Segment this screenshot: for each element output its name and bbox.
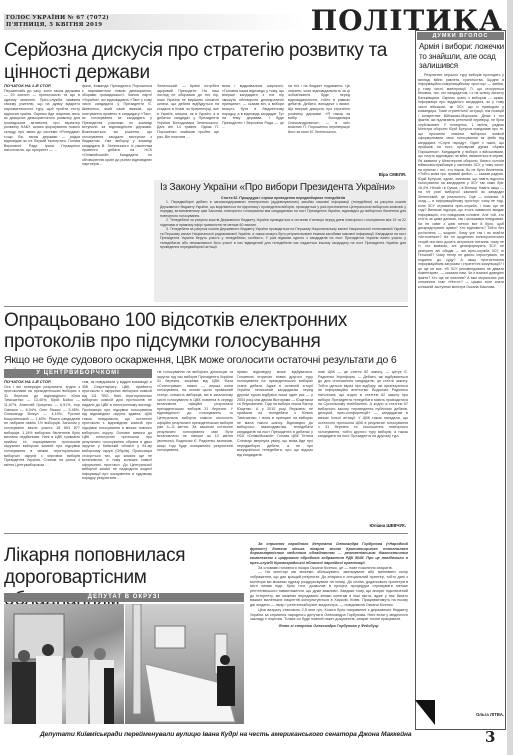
article2-text-2: там, як повідомили у відділі взаємодії з… <box>82 380 152 481</box>
footer-news-line: Депутати Київміськради перейменували вул… <box>40 731 411 738</box>
article2-signature: Юліана ШЕВЧУК. <box>320 523 406 528</box>
article3-lead: За сприяння народного депутата Олександр… <box>250 542 408 566</box>
corner-triangle-decoration <box>415 700 435 725</box>
sidebar-body: Результати першого туру виборів проходят… <box>418 73 504 693</box>
article2-text-3: тів голосування на виборчих дільницях та… <box>157 370 233 453</box>
article1-col-4: вона і відкривалися широкого. «Головна н… <box>222 84 284 176</box>
issue-info: ГОЛОС УКРАЇНИ № 67 (7072) П'ЯТНИЦЯ, 5 КВ… <box>6 15 109 29</box>
article3-body: За сприяння народного депутата Олександр… <box>250 542 408 727</box>
photo-doctors-group <box>4 604 124 724</box>
law-excerpt-text: Стаття 62. Процедура і строки проведення… <box>160 196 406 249</box>
law-excerpt-title: Із Закону України «Про вибори Президента… <box>160 182 395 193</box>
date-line: П'ЯТНИЦЯ, 5 КВІТНЯ 2019 <box>6 22 109 29</box>
article2-col-3: тів голосування на виборчих дільницях та… <box>157 370 233 532</box>
sidebar-rubric: ДУМКИ ВГОЛОС <box>417 32 504 40</box>
article2-col-2: там, як повідомили у відділі взаємодії з… <box>82 380 152 532</box>
law-paragraph-2: 2. Теледебати за рахунок коштів Державно… <box>160 218 406 227</box>
article1-col-2: фаза, Команда Президента Порошенка є пар… <box>82 84 152 302</box>
article1-col-3: Зеленський. — Країні потрібен здоровий П… <box>157 84 219 176</box>
article1-text-3: Зеленський. — Країні потрібен здоровий П… <box>157 84 219 139</box>
law-paragraph-1: 1. Передвиборні дебати в загальнодержавн… <box>160 200 406 218</box>
article1-signature: Віра СМЕЛЯ. <box>320 172 406 177</box>
sidebar-headline: Армія і вибори: ложечки то знайшли, але … <box>419 42 505 71</box>
article3-rubric: ДЕПУТАТ В ОКРУЗІ <box>4 593 244 602</box>
article2-col-5: нові ЦВК — це стаття 62 закону, — цитує … <box>318 370 408 522</box>
divider <box>4 533 408 534</box>
issue-line: ГОЛОС УКРАЇНИ № 67 (7072) <box>6 15 109 22</box>
law-paragraph-3: 3. Теледебати за рахунок коштів Державно… <box>160 227 406 249</box>
article2-text-4: прямо відповідну може відбуватися. Голов… <box>237 370 313 457</box>
article1-col-1: ПОЧАТОК НА 1-Й СТОР. Першіemails до часу… <box>4 84 80 302</box>
xray-machine-illustration-icon <box>125 604 244 724</box>
sidebar-text: Результати першого туру виборів проходят… <box>418 73 504 289</box>
article1-text-4: вона і відкривалися широкого. «Головна н… <box>222 84 284 130</box>
article1-headline: Серйозна дискусія про стратегію розвитку… <box>4 40 404 84</box>
article1-text-1: Першіemails до часу, коли також держава … <box>4 89 80 153</box>
page-edge <box>507 0 513 755</box>
article2-headline: Опрацьовано 100 відсотків електронних пр… <box>4 310 409 352</box>
page-number: 3 <box>485 728 495 746</box>
people-illustration-icon <box>4 604 124 724</box>
article3-paragraph-3: Ціна апарату становить 2,5 млн грн. Кошт… <box>250 608 408 622</box>
photo-xray-equipment <box>125 604 244 724</box>
article3-photo-credit: Фото зі сторінки Олександра Горбунова у … <box>250 624 408 629</box>
article1-text-2: фаза, Команда Президента Порошенка є пар… <box>82 84 152 167</box>
article2-col-4: прямо відповідну може відбуватися. Голов… <box>237 370 313 532</box>
article2-col-1: ПОЧАТОК НА 1-Й СТОР. Ось і всі попередні… <box>4 380 80 532</box>
article2-text-5: нові ЦВК — це стаття 62 закону, — цитує … <box>318 370 408 439</box>
divider <box>4 306 408 307</box>
article2-rubric: У ЦЕНТРВИБОРЧКОМІ <box>4 369 152 378</box>
article1-col-5: на тих і на бюджет подовжено. Це значить… <box>288 84 350 176</box>
article2-text-1: Ось і всі попередні результати, згідно з… <box>4 385 80 468</box>
article3-paragraph-2: — На моніторі ми можемо збільшувати, зме… <box>250 570 408 608</box>
article1-text-5: на тих і на бюджет подовжено. Це значить… <box>288 84 350 135</box>
